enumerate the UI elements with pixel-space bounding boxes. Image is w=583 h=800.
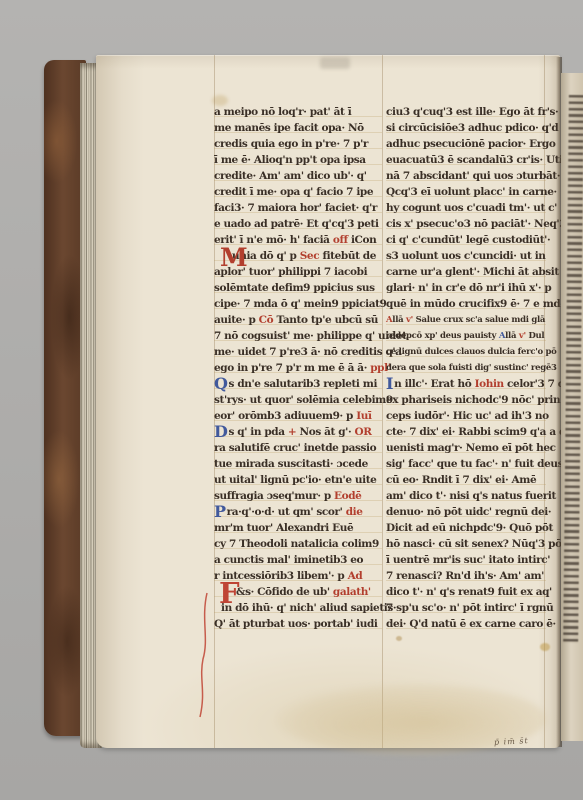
text-segment: 7 renasci? Rn'd ih's· Am' am' [386, 570, 544, 582]
text-segment: faci3· 7 maiora hor' faciet· q'r [214, 202, 377, 214]
manuscript-text-line: Ds q' in pda + Nos āt g'· OR [214, 424, 382, 440]
manuscript-text-line: s3 uolunt uos c'cuncidi· ut in [386, 248, 546, 264]
manuscript-text-line: a meipo nō loq'r· pat' āt ī [214, 104, 382, 120]
text-column-left: a meipo nō loq'r· pat' āt īme manēs ipe … [214, 104, 382, 632]
manuscript-photo: a meipo nō loq'r· pat' āt īme manēs ipe … [0, 0, 583, 800]
manuscript-text-line: ci q' c'cundūt' legē custodiūt'· [386, 232, 546, 248]
text-segment: Nos āt g'· [296, 426, 354, 438]
manuscript-text-line: a cunctis mal' iminetib3 eo [214, 552, 382, 568]
manuscript-text-line: ī me ē· Alioq'n pp't opa ipsa [214, 152, 382, 168]
text-segment: ra salutifē cruc' inetde passio [214, 442, 376, 454]
text-segment: carne ur'a glent'· Michi āt absit [386, 266, 559, 278]
illuminated-initial: D [214, 422, 228, 441]
manuscript-text-line: auite· p Cō Tanto tp'e ubcū sū [214, 312, 382, 328]
manuscript-text-line: F&s· Cōfido de ub' galath' [236, 584, 382, 600]
text-segment: nā 7 abscidant' qui uos ɔturbāt· [386, 170, 560, 182]
manuscript-text-line: carne ur'a glent'· Michi āt absit [386, 264, 546, 280]
manuscript-text-line: credite· Am' am' dico ub'· q' [214, 168, 382, 184]
manuscript-text-line: Allā v' Salue crux sc'a salue mdi glā [386, 312, 546, 328]
text-segment: Iohin [475, 378, 504, 390]
manuscript-text-line: ut uital' lignū pc'io· etn'e uite [214, 472, 382, 488]
text-segment: dei· Q'd natū ē ex carne caro ē· [386, 618, 556, 630]
text-segment: Cō [259, 314, 274, 326]
manuscript-text-line: me manēs ipe facit opa· Nō [214, 120, 382, 136]
manuscript-text-line: 7 renasci? Rn'd ih's· Am' am' [386, 568, 546, 584]
text-segment: aplor' tuor' philippi 7 iacobi [214, 266, 367, 278]
initial-flourish-tail [196, 591, 212, 721]
text-segment: llā [505, 331, 519, 341]
manuscript-text-line: Qs dn'e salutarib3 repleti mi [214, 376, 382, 392]
text-segment: auite· p [214, 314, 259, 326]
text-segment: glari· n' in cr'e dō nr'i ihū x'· p [386, 282, 551, 294]
manuscript-text-line: hō nasci· cū sit senex? Nūq'3 pōt [386, 536, 546, 552]
manuscript-text-line: mr'm tuor' Alexandri Euē [214, 520, 382, 536]
text-segment: quē in mūdo crucifix9 ē· 7 e mdo· [386, 298, 570, 310]
manuscript-text-line: glari· n' in cr'e dō nr'i ihū x'· p [386, 280, 546, 296]
manuscript-text-line: quē in mūdo crucifix9 ē· 7 e mdo· [386, 296, 546, 312]
manuscript-text-line: dico t'· n' q's renat9 fuit ex aq' [386, 584, 546, 600]
text-segment: cy 7 Theodoli natalicia colim9 [214, 538, 379, 550]
parchment-stain [540, 643, 550, 651]
text-segment: ī me ē· Alioq'n pp't opa ipsa [214, 154, 366, 166]
text-segment: adhuc psecuciōnē pacior· Ergo [386, 138, 555, 150]
manuscript-text-line: ī uentrē mr'is suc' itato intirc' [386, 552, 546, 568]
text-segment: ciu3 q'cuq'3 est ille· Ego āt fr's· [386, 106, 558, 118]
illuminated-initial: I [386, 374, 394, 393]
manuscript-text-line: st'rys· ut quor' solēmia celebim9 [214, 392, 382, 408]
manuscript-text-line: am' dico t'· nisi q's natus fuerit [386, 488, 546, 504]
text-segment: a cunctis mal' iminetib3 eo [214, 554, 363, 566]
text-segment: &s· Cōfido de ub' [236, 586, 333, 598]
text-segment: credit ī me· opa q' facio 7 ipe [214, 186, 373, 198]
next-page-sliver [561, 73, 583, 741]
text-segment: credis quia ego in p're· 7 p'r [214, 138, 368, 150]
text-segment: ce lignū dulces clauos dulcia ferc'o pō [386, 347, 557, 357]
text-segment: solēmtate defim9 ppicius sus [214, 282, 375, 294]
text-segment: st'rys· ut quor' solēmia celebim9 [214, 394, 393, 406]
text-segment: Ad [348, 570, 363, 582]
text-segment: die [346, 506, 363, 518]
text-segment: Dicit ad eū nichpdc'9· Quō pōt [386, 522, 553, 534]
text-segment: a meipo nō loq'r· pat' āt ī [214, 106, 351, 118]
manuscript-text-line: Munia dō q' p Sec fitebūt de [232, 248, 382, 264]
text-segment: 7 sp'u sc'o· n' pōt intirc' ī rgnū [386, 602, 553, 614]
text-segment: Eodē [334, 490, 361, 502]
text-segment: mr'm tuor' Alexandri Euē [214, 522, 353, 534]
text-segment: ex phariseis nichodc'9 nōc' prin [386, 394, 560, 406]
text-segment: galath' [333, 586, 371, 598]
manuscript-text-line: Pra·q'·o·d· ut qm' scor' die [214, 504, 382, 520]
manuscript-text-line: cy 7 Theodoli natalicia colim9 [214, 536, 382, 552]
manuscript-text-line: hy cogunt uos c'cuadi tm'· ut c' [386, 200, 546, 216]
text-segment: si circūcisiōe3 adhuc pdico· q'd [386, 122, 558, 134]
text-segment: OR [355, 426, 372, 438]
text-segment: n illc'· Erat hō [394, 378, 475, 390]
manuscript-text-line: cū eo· Rndit ī 7 dix' ei· Amē [386, 472, 546, 488]
text-segment: ut uital' lignū pc'io· etn'e uite [214, 474, 376, 486]
manuscript-text-line: 7 nō cogsuist' me· philippe q' uidet [214, 328, 382, 344]
text-segment: ī uentrē mr'is suc' itato intirc' [386, 554, 550, 566]
text-segment: Salue crux sc'a salue mdi glā [413, 315, 545, 325]
text-segment: Q' āt pturbat uos· portab' iudi [214, 618, 378, 630]
next-page-text-showthrough [563, 95, 583, 643]
text-segment: euacuatū3 ē scandalū3 cr'is· Uti [386, 154, 563, 166]
manuscript-text-line: denuo· nō pōt uidc' regnū dei· [386, 504, 546, 520]
text-segment: ci q' c'cundūt' legē custodiūt'· [386, 234, 550, 246]
text-segment: cis x' psecuc'o3 nō paciāt'· Neq'3 [386, 218, 566, 230]
manuscript-text-line: 7 sp'u sc'o· n' pōt intirc' ī rgnū [386, 600, 546, 616]
manuscript-text-line: me· uidet 7 p're3 ā· nō creditis q'a [214, 344, 382, 360]
text-segment: fitebūt de [319, 250, 376, 262]
text-segment: Dul [526, 331, 545, 341]
manuscript-text-line: aplor' tuor' philippi 7 iacobi [214, 264, 382, 280]
parchment-stain [396, 636, 402, 641]
text-segment: llā [392, 315, 406, 325]
manuscript-text-line: ce lignū dulces clauos dulcia ferc'o pō [386, 344, 546, 360]
text-segment: me manēs ipe facit opa· Nō [214, 122, 364, 134]
text-segment: redepcō xp' deus pauisty [386, 331, 499, 341]
manuscript-text-line: credit ī me· opa q' facio 7 ipe [214, 184, 382, 200]
text-segment: denuo· nō pōt uidc' regnū dei· [386, 506, 551, 518]
text-segment: suffragia ɔseq'mur· p [214, 490, 334, 502]
text-segment: iCon [348, 234, 377, 246]
manuscript-text-line: ra salutifē cruc' inetde passio [214, 440, 382, 456]
text-segment: credite· Am' am' dico ub'· q' [214, 170, 367, 182]
manuscript-text-line: tue mirada suscitasti· ɔcede [214, 456, 382, 472]
text-segment: tue mirada suscitasti· ɔcede [214, 458, 368, 470]
text-segment: s dn'e salutarib3 repleti mi [229, 378, 378, 390]
text-segment: ego in p're 7 p'r m me ē ā ā· [214, 362, 370, 374]
text-segment: in dō ihū· q' nich' aliud sapietis· [221, 602, 396, 614]
text-segment: me· uidet 7 p're3 ā· nō creditis q'a [214, 346, 402, 358]
manuscript-text-line: cipe· 7 mda ō q' mein9 ppiciat9 [214, 296, 382, 312]
manuscript-text-line: solēmtate defim9 ppicius sus [214, 280, 382, 296]
manuscript-text-line: nā 7 abscidant' qui uos ɔturbāt· [386, 168, 546, 184]
text-segment: dera que sola fuisti dig' sustinc' regē3 [386, 363, 557, 373]
manuscript-text-line: sig' facc' que tu fac'· n' fuit deus [386, 456, 546, 472]
illuminated-initial: Q [214, 374, 229, 393]
text-segment: hō nasci· cū sit senex? Nūq'3 pōt [386, 538, 566, 550]
text-segment: eor' orōmb3 adiuuem9· p [214, 410, 356, 422]
manuscript-text-line: adhuc psecuciōnē pacior· Ergo [386, 136, 546, 152]
text-segment: ra·q'·o·d· ut qm' scor' [227, 506, 346, 518]
manuscript-text-line: ego in p're 7 p'r m me ē ā ā· ppl' [214, 360, 382, 376]
text-segment: hy cogunt uos c'cuadi tm'· ut c' [386, 202, 557, 214]
manuscript-text-line: ciu3 q'cuq'3 est ille· Ego āt fr's· [386, 104, 546, 120]
text-column-right: ciu3 q'cuq'3 est ille· Ego āt fr's·si ci… [386, 104, 546, 632]
text-segment: Sec [300, 250, 319, 262]
manuscript-text-line: ex phariseis nichodc'9 nōc' prin [386, 392, 546, 408]
manuscript-text-line: dera que sola fuisti dig' sustinc' regē3 [386, 360, 546, 376]
text-segment: Tanto tp'e ubcū sū [273, 314, 378, 326]
manuscript-text-line: In illc'· Erat hō Iohin celor'3 7 dō· [386, 376, 546, 392]
manuscript-text-line: redepcō xp' deus pauisty Allā v' Dul [386, 328, 546, 344]
manuscript-text-line: dei· Q'd natū ē ex carne caro ē· [386, 616, 546, 632]
catchword-note: p̄ im̄ s̄t [494, 736, 529, 747]
text-segment: v' [519, 331, 526, 341]
manuscript-text-line: si circūcisiōe3 adhuc pdico· q'd [386, 120, 546, 136]
manuscript-text-line: Dicit ad eū nichpdc'9· Quō pōt [386, 520, 546, 536]
text-segment: uenisti mag'r· Nemo eī pōt hec [386, 442, 556, 454]
text-segment: 7 nō cogsuist' me· philippe q' uidet [214, 330, 407, 342]
text-segment: dico t'· n' q's renat9 fuit ex aq' [386, 586, 552, 598]
manuscript-text-line: faci3· 7 maiora hor' faciet· q'r [214, 200, 382, 216]
text-segment: am' dico t'· nisi q's natus fuerit [386, 490, 556, 502]
text-segment: Qcq'3 eī uolunt placc' in carne· [386, 186, 557, 198]
manuscript-text-line: eor' orōmb3 adiuuem9· p Iuī [214, 408, 382, 424]
manuscript-text-line: in dō ihū· q' nich' aliud sapietis· [221, 600, 382, 616]
text-segment: ceps iudōr'· Hic uc' ad ih'3 no [386, 410, 549, 422]
manuscript-text-line: suffragia ɔseq'mur· p Eodē [214, 488, 382, 504]
text-segment: s q' in pda [228, 426, 287, 438]
text-segment: sig' facc' que tu fac'· n' fuit deus [386, 458, 563, 470]
ink-bleedthrough-mark [320, 57, 350, 69]
text-segment: e uado ad patrē· Et q'cq'3 peti [214, 218, 379, 230]
manuscript-page: a meipo nō loq'r· pat' āt īme manēs ipe … [96, 55, 560, 748]
manuscript-text-line: cte· 7 dix' ei· Rabbi scim9 q'a a dō [386, 424, 546, 440]
manuscript-text-line: credis quia ego in p're· 7 p'r [214, 136, 382, 152]
text-segment: v' [406, 315, 413, 325]
manuscript-text-line: cis x' psecuc'o3 nō paciāt'· Neq'3 [386, 216, 546, 232]
manuscript-text-line: uenisti mag'r· Nemo eī pōt hec [386, 440, 546, 456]
illuminated-initial: P [214, 502, 227, 521]
manuscript-text-line: ceps iudōr'· Hic uc' ad ih'3 no [386, 408, 546, 424]
manuscript-text-line: e uado ad patrē· Et q'cq'3 peti [214, 216, 382, 232]
manuscript-text-line: Q' āt pturbat uos· portab' iudi [214, 616, 382, 632]
manuscript-text-line: Qcq'3 eī uolunt placc' in carne· [386, 184, 546, 200]
text-segment: off [333, 234, 348, 246]
text-segment: Iuī [356, 410, 371, 422]
text-segment: s3 uolunt uos c'cuncidi· ut in [386, 250, 546, 262]
text-segment: cipe· 7 mda ō q' mein9 ppiciat9 [214, 298, 386, 310]
text-segment: cte· 7 dix' ei· Rabbi scim9 q'a a dō [386, 426, 573, 438]
text-segment: cū eo· Rndit ī 7 dix' ei· Amē [386, 474, 536, 486]
manuscript-text-line: euacuatū3 ē scandalū3 cr'is· Uti [386, 152, 546, 168]
